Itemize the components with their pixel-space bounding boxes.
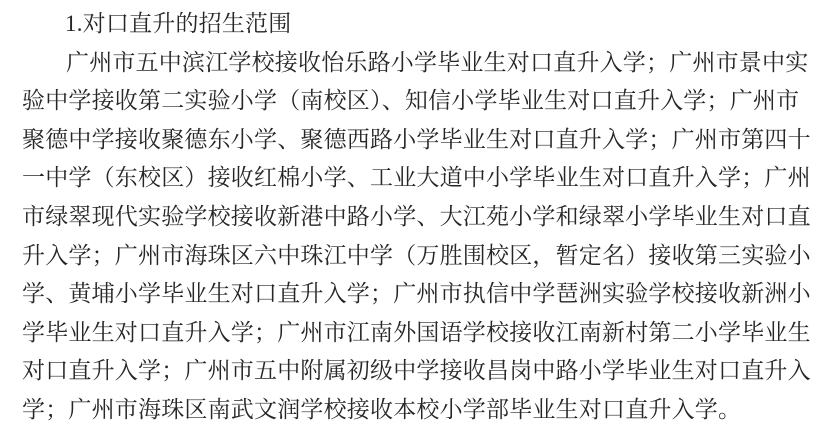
document-page: 1.对口直升的招生范围 广州市五中滨江学校接收怡乐路小学毕业生对口直升入学；广州… <box>0 0 833 430</box>
paragraph: 广州市五中滨江学校接收怡乐路小学毕业生对口直升入学；广州市景中实验中学接收第二实… <box>0 44 833 430</box>
section-heading: 1.对口直升的招生范围 <box>65 5 833 44</box>
paragraph-line: 市绿翠现代实验学校接收新港中路小学、大江苑小学和绿翠小学毕业生对口直 <box>22 198 833 237</box>
paragraph-line: 广州市五中滨江学校接收怡乐路小学毕业生对口直升入学；广州市景中实 <box>66 44 833 83</box>
paragraph-line: 升入学；广州市海珠区六中珠江中学（万胜围校区，暂定名）接收第三实验小 <box>22 237 833 276</box>
paragraph-line: 学毕业生对口直升入学；广州市江南外国语学校接收江南新村第二小学毕业生 <box>22 314 833 353</box>
paragraph-line: 学、黄埔小学毕业生对口直升入学；广州市执信中学琶洲实验学校接收新洲小 <box>22 275 833 314</box>
paragraph-line: 学；广州市海珠区南武文润学校接收本校小学部毕业生对口直升入学。 <box>22 391 833 430</box>
paragraph-line: 验中学接收第二实验小学（南校区）、知信小学毕业生对口直升入学；广州市 <box>22 82 833 121</box>
paragraph-line: 对口直升入学；广州市五中附属初级中学接收昌岗中路小学毕业生对口直升入 <box>22 352 833 391</box>
paragraph-line: 一中学（东校区）接收红棉小学、工业大道中小学毕业生对口直升入学；广州 <box>22 159 833 198</box>
paragraph-line: 聚德中学接收聚德东小学、聚德西路小学毕业生对口直升入学；广州市第四十 <box>22 121 833 160</box>
